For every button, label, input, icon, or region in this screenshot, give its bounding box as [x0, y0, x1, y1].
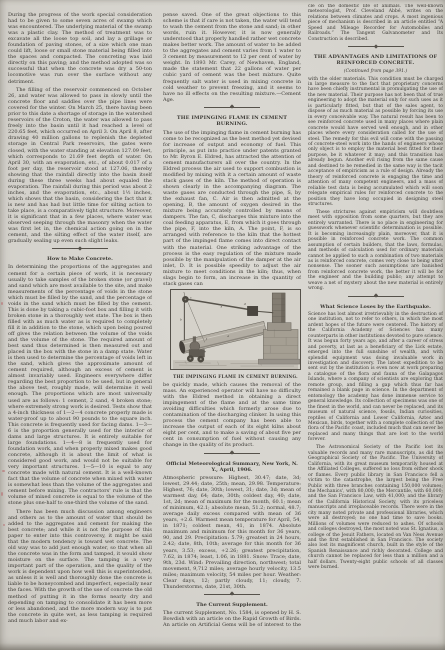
section-heading: THE IMPINGING FLAME IN CEMENT BURNING.	[168, 115, 296, 127]
pier-footing	[258, 359, 300, 364]
paragraph: The current Supplement, No. 1584, is ope…	[163, 610, 301, 628]
paragraph: During the progress of the work special …	[8, 12, 152, 85]
paragraph: cle on the domestic life of animals. The…	[308, 4, 443, 42]
section-heading: Official Meteorological Summary, New Yor…	[166, 461, 298, 473]
section-divider	[52, 248, 108, 253]
kiln-engraving: c b s d a e f	[171, 290, 300, 369]
figure-frame: c b s d a e f	[170, 289, 301, 370]
scan-artifact	[1, 302, 3, 305]
paragraph: Atmospheric pressure: Highest, 30.47; da…	[163, 475, 301, 590]
continued-note: (Continued from page 391.)	[308, 69, 443, 75]
paragraph: In determining the proportions of the ag…	[8, 264, 152, 506]
label-inlet: b	[180, 318, 182, 322]
label-feeder: e	[204, 350, 206, 354]
wheel-hub-right	[200, 358, 202, 360]
paragraph: Science has lost almost irretrievably in…	[308, 312, 443, 443]
chimney-shadow	[281, 293, 285, 327]
section-divider	[348, 296, 404, 301]
paragraph: These strictures against empiricism will…	[308, 210, 443, 292]
text-column-middle: pense saved. One of the great objections…	[163, 12, 301, 628]
feeder-neck	[193, 337, 196, 343]
scan-artifact	[1, 492, 3, 496]
section-heading: How to Make Concrete.	[11, 256, 149, 262]
section-heading: The Current Supplement.	[166, 602, 298, 608]
impinging-flame-figure: c b s d a e f THE IMPINGING FLAME IN CEM…	[170, 289, 301, 378]
text-column-right: cle on the domestic life of animals. The…	[308, 4, 443, 628]
text-column-left: During the progress of the work special …	[8, 12, 152, 628]
paragraph: The use of the impinging flame in cement…	[163, 130, 301, 287]
label-damper: d	[244, 302, 246, 306]
figure-caption: THE IMPINGING FLAME IN CEMENT BURNING.	[170, 374, 301, 379]
section-divider	[204, 107, 260, 112]
section-divider	[204, 594, 260, 599]
paragraph: The Astronomical Society of the Pacific …	[308, 445, 443, 570]
section-divider	[204, 453, 260, 458]
paragraph: There has been much discussion among eng…	[8, 509, 152, 624]
magazine-page: During the progress of the work special …	[0, 0, 445, 650]
paragraph: be quickly made, which causes the remova…	[163, 382, 301, 449]
scan-edge-shadow	[0, 643, 445, 650]
damper-box	[247, 307, 257, 316]
section-divider	[348, 46, 404, 51]
fan-hub	[184, 299, 186, 301]
scan-artifact	[3, 524, 5, 526]
section-heading: THE ADVANTAGES AND LIMITATIONS OF REINFO…	[313, 54, 438, 66]
scan-artifact	[2, 470, 5, 472]
paragraph: The filling of the reservoir commenced o…	[8, 87, 152, 244]
paragraph: pense saved. One of the great objections…	[163, 12, 301, 103]
paragraph: with the older materials. This condition…	[308, 77, 443, 208]
label-kiln: a	[228, 334, 230, 338]
pier-cap	[267, 323, 291, 331]
section-heading: What Science Loses by the Earthquake.	[311, 304, 440, 310]
wheel-hub-left	[189, 358, 191, 360]
